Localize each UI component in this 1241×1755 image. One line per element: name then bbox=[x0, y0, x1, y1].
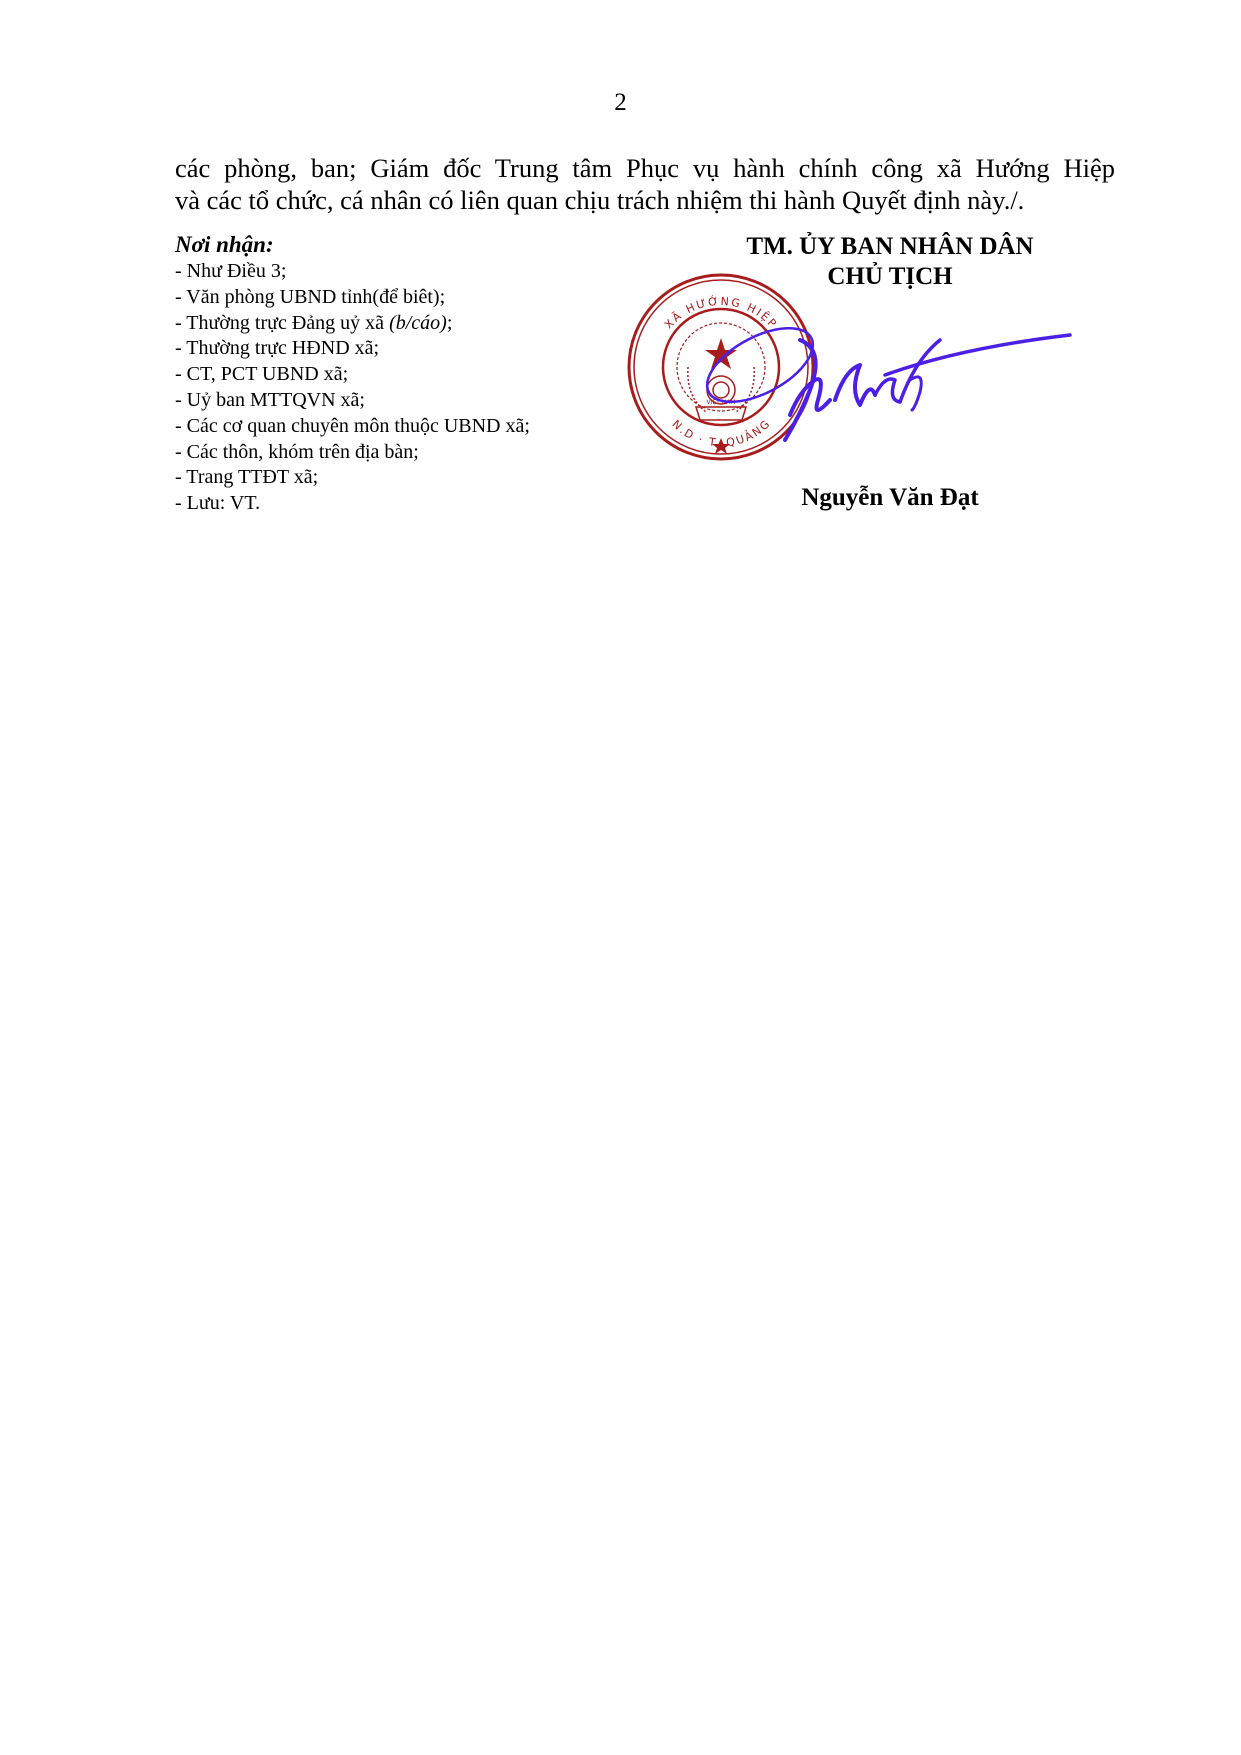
recipients-title: Nơi nhận: bbox=[175, 232, 615, 258]
recipient-item: - Văn phòng UBND tỉnh(để biêt); bbox=[175, 285, 615, 311]
closing-paragraph-line-2: và các tổ chức, cá nhân có liên quan chị… bbox=[175, 184, 1115, 216]
recipient-item: - Trang TTĐT xã; bbox=[175, 465, 615, 491]
recipient-item: - Các thôn, khóm trên địa bàn; bbox=[175, 440, 615, 466]
signer-name: Nguyễn Văn Đạt bbox=[740, 483, 1040, 513]
signing-organization: TM. ỦY BAN NHÂN DÂN bbox=[700, 232, 1080, 262]
recipient-item: - CT, PCT UBND xã; bbox=[175, 362, 615, 388]
recipient-item: - Như Điều 3; bbox=[175, 259, 615, 285]
recipient-item: - Các cơ quan chuyên môn thuộc UBND xã; bbox=[175, 414, 615, 440]
recipients-section: Nơi nhận: - Như Điều 3; - Văn phòng UBND… bbox=[175, 232, 615, 517]
closing-paragraph-line-1: các phòng, ban; Giám đốc Trung tâm Phục … bbox=[175, 152, 1115, 184]
signature-icon bbox=[700, 320, 1080, 460]
recipient-item: - Thường trực HĐND xã; bbox=[175, 336, 615, 362]
recipient-item: - Thường trực Đảng uỷ xã (b/cáo); bbox=[175, 311, 615, 337]
recipient-item: - Lưu: VT. bbox=[175, 491, 615, 517]
recipient-item: - Uỷ ban MTTQVN xã; bbox=[175, 388, 615, 414]
page-number: 2 bbox=[0, 88, 1241, 118]
recipients-list: - Như Điều 3; - Văn phòng UBND tỉnh(để b… bbox=[175, 259, 615, 517]
closing-paragraph: các phòng, ban; Giám đốc Trung tâm Phục … bbox=[175, 152, 1115, 216]
